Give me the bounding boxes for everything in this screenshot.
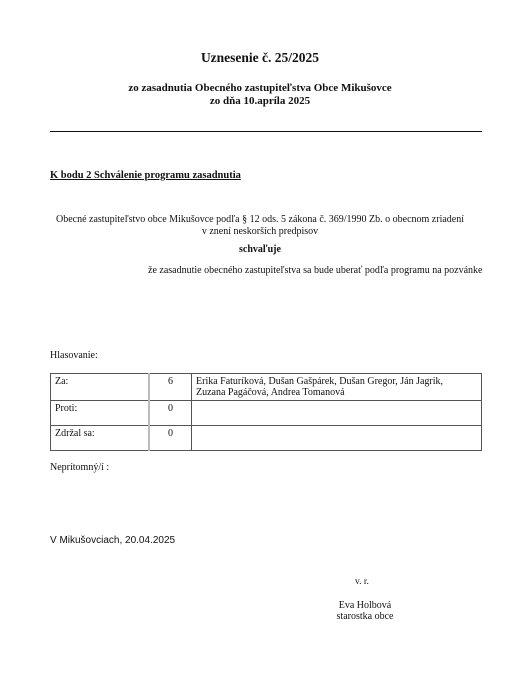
table-row: Proti: 0 (51, 401, 482, 426)
vote-type: Zdržal sa: (51, 426, 150, 451)
resolution-title: Uznesenie č. 25/2025 (0, 50, 520, 66)
legal-basis-text: Obecné zastupiteľstvo obce Mikušovce pod… (0, 214, 520, 238)
vote-names-line-1: Erika Faturíková, Dušan Gašpárek, Dušan … (196, 376, 477, 387)
subtitle-line-1: zo zasadnutia Obecného zastupiteľstva Ob… (0, 82, 520, 95)
signer-name: Eva Holbová (330, 600, 400, 611)
vote-names (192, 401, 482, 426)
resolution-statement: že zasadnutie obecného zastupiteľstva sa… (148, 265, 483, 276)
vote-count: 0 (149, 426, 192, 451)
table-row: Zdržal sa: 0 (51, 426, 482, 451)
legal-basis-line-1: Obecné zastupiteľstvo obce Mikušovce pod… (0, 214, 520, 226)
section-heading: K bodu 2 Schválenie programu zasadnutia (50, 170, 241, 181)
absent-label: Neprítomný/í : (50, 462, 109, 473)
signer-role: starostka obce (330, 611, 400, 622)
legal-basis-line-2: v znení neskorších predpisov (0, 226, 520, 238)
horizontal-divider (50, 131, 482, 132)
vote-count: 0 (149, 401, 192, 426)
vote-type: Za: (51, 374, 150, 401)
resolution-verb: schvaľuje (0, 244, 520, 255)
signature-mark: v. r. (355, 577, 369, 587)
subtitle-line-2: zo dňa 10.apríla 2025 (0, 95, 520, 108)
vote-names-line-2: Zuzana Pagáčová, Andrea Tomanová (196, 387, 477, 398)
vote-type: Proti: (51, 401, 150, 426)
vote-names (192, 426, 482, 451)
table-row: Za: 6 Erika Faturíková, Dušan Gašpárek, … (51, 374, 482, 401)
signer-block: Eva Holbová starostka obce (330, 600, 400, 622)
voting-label: Hlasovanie: (50, 350, 98, 361)
place-and-date: V Mikušovciach, 20.04.2025 (50, 535, 175, 546)
voting-table: Za: 6 Erika Faturíková, Dušan Gašpárek, … (50, 373, 482, 451)
vote-count: 6 (149, 374, 192, 401)
resolution-subtitle: zo zasadnutia Obecného zastupiteľstva Ob… (0, 82, 520, 108)
vote-names: Erika Faturíková, Dušan Gašpárek, Dušan … (192, 374, 482, 401)
